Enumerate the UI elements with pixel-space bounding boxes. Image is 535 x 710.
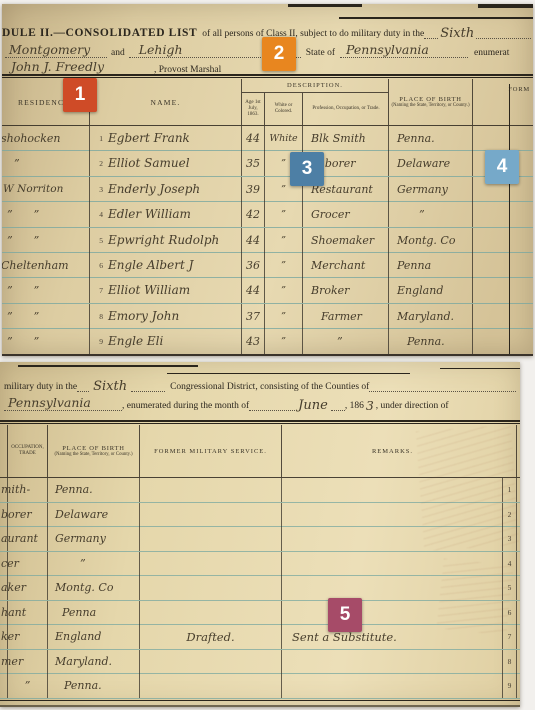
occupation-header: OCCUPATION, TRADE xyxy=(8,425,48,477)
birth-cell: ” xyxy=(389,202,473,227)
state-handwritten: Pennsylvania xyxy=(340,42,429,57)
dotted-leader xyxy=(476,28,531,39)
residence-cell: ” ” xyxy=(2,202,90,227)
military-cell xyxy=(140,503,282,527)
district-handwritten: Sixth xyxy=(93,379,127,394)
state-handwritten: Pennsylvania xyxy=(4,395,91,410)
marshal-handwritten: John J. Freedly xyxy=(5,59,104,74)
occupation-cell: mer xyxy=(8,650,48,674)
color-cell: ” xyxy=(265,253,303,278)
form-cell xyxy=(473,126,533,151)
color-cell: ” xyxy=(265,278,303,303)
table-top-rule xyxy=(0,420,520,422)
color-cell: ” xyxy=(265,202,303,227)
birth-cell: Montg. Co xyxy=(389,228,473,253)
edge-sliver xyxy=(517,625,520,649)
occupation-cell: Farmer xyxy=(303,304,389,329)
color-header: White or Colored. xyxy=(265,93,303,125)
dotted-leader xyxy=(331,400,345,411)
residence-cell: W Norriton xyxy=(2,177,90,202)
military-cell xyxy=(140,576,282,600)
military-cell xyxy=(140,650,282,674)
screenshot-canvas: DULE II.—CONSOLIDATED LIST of all person… xyxy=(0,0,535,710)
table-row: ” Penna. 9 xyxy=(0,674,520,699)
description-header: DESCRIPTION. xyxy=(242,79,388,93)
scan-edge-mark xyxy=(18,365,198,367)
year-label: , 186 xyxy=(345,401,364,411)
table-row: shohocken 1Egbert Frank 44 White Blk Smi… xyxy=(2,126,533,151)
birth-cell: England xyxy=(389,278,473,303)
row-number: 8 xyxy=(503,650,517,674)
schedule-title-rest: of all persons of Class II, subject to d… xyxy=(202,29,424,39)
occupation-fragment: aurant xyxy=(1,532,38,545)
edge-sliver xyxy=(517,601,520,625)
occupation-cell: ” xyxy=(8,674,48,698)
table-top-rule xyxy=(0,423,520,424)
name-cell: 5Epwright Rudolph xyxy=(90,228,242,253)
edge-sliver xyxy=(517,425,520,477)
occupation-fragment: ker xyxy=(1,630,19,643)
occupation-fragment: mith- xyxy=(1,483,30,496)
badge-number: 2 xyxy=(274,43,285,65)
residence-cell: ” ” xyxy=(2,228,90,253)
birth-header-group: PLACE OF BIRTH (Naming the State, Territ… xyxy=(48,425,140,477)
military-cell xyxy=(140,674,282,698)
occupation-cell: aurant xyxy=(8,527,48,551)
birth-cell: Delaware xyxy=(389,151,473,176)
top-table-body: shohocken 1Egbert Frank 44 White Blk Smi… xyxy=(2,126,533,355)
table-bottom-rule xyxy=(0,700,520,701)
dotted-leader xyxy=(369,381,516,392)
table-row: mer Maryland. 8 xyxy=(0,650,520,675)
table-row: W Norriton 3Enderly Joseph 39 ” Restaura… xyxy=(2,177,533,202)
military-service-header: FORMER MILITARY SERVICE. xyxy=(140,425,282,477)
edge-sliver xyxy=(0,425,8,477)
residence-cell: ” ” xyxy=(2,278,90,303)
age-cell: 39 xyxy=(242,177,265,202)
row-number: 3 xyxy=(90,177,103,202)
birth-header: PLACE OF BIRTH xyxy=(62,445,124,452)
military-cell xyxy=(140,552,282,576)
occupation-fragment: cer xyxy=(1,557,19,570)
row-number: 7 xyxy=(90,278,103,303)
ink-bleed-smudge xyxy=(416,425,519,551)
residence-cell: shohocken xyxy=(2,126,90,151)
occupation-cell: Grocer xyxy=(303,202,389,227)
edge-sliver xyxy=(517,576,520,600)
edge-sliver xyxy=(0,674,8,698)
callout-badge-1: 1 xyxy=(63,78,97,112)
form-header: FORM xyxy=(473,79,533,125)
age-cell: 44 xyxy=(242,228,265,253)
row-number: 4 xyxy=(90,202,103,227)
form-column-rule xyxy=(509,84,510,356)
year-digit-handwritten: 3 xyxy=(366,398,374,413)
occupation-cell: cer xyxy=(8,552,48,576)
occupation-cell: ” xyxy=(303,329,389,354)
dotted-leader xyxy=(424,28,438,39)
occupation-cell: borer xyxy=(8,503,48,527)
dotted-leader xyxy=(131,381,165,392)
occupation-cell: mith- xyxy=(8,478,48,502)
birth-cell: Germany xyxy=(389,177,473,202)
district-handwritten: Sixth xyxy=(440,26,474,41)
duty-label: military duty in the xyxy=(4,382,77,392)
state-of-label: State of xyxy=(306,48,335,58)
occupation-cell: aker xyxy=(8,576,48,600)
military-cell xyxy=(140,601,282,625)
edge-sliver xyxy=(517,674,520,698)
schedule-title: DULE II.—CONSOLIDATED LIST xyxy=(2,27,197,39)
direction-label: , under direction of xyxy=(376,401,449,411)
name-value: Edler William xyxy=(108,202,191,227)
occupation-fragment: borer xyxy=(1,508,32,521)
table-row: ” ” 5Epwright Rudolph 44 ” Shoemaker Mon… xyxy=(2,228,533,253)
ink-bleed-smudge xyxy=(437,559,514,636)
county2-handwritten: Lehigh xyxy=(129,42,183,57)
name-value: Emory John xyxy=(108,304,179,329)
residence-cell: ” ” xyxy=(2,304,90,329)
header-rule xyxy=(339,17,533,19)
name-value: Elliot Samuel xyxy=(108,151,190,176)
edge-sliver xyxy=(517,650,520,674)
name-value: Engle Eli xyxy=(108,329,163,354)
form-cell xyxy=(473,253,533,278)
occupation-cell: ker xyxy=(8,625,48,649)
form-cell xyxy=(473,228,533,253)
form-cell xyxy=(473,304,533,329)
birth-cell: Delaware xyxy=(48,503,140,527)
table-row: ” ” 8Emory John 37 ” Farmer Maryland. xyxy=(2,304,533,329)
birth-cell: Penna. xyxy=(389,329,473,354)
residence-cell: Cheltenham xyxy=(2,253,90,278)
age-cell: 36 xyxy=(242,253,265,278)
name-cell: 8Emory John xyxy=(90,304,242,329)
county1-handwritten: Montgomery xyxy=(5,42,90,57)
callout-badge-2: 2 xyxy=(262,37,296,71)
name-cell: 4Edler William xyxy=(90,202,242,227)
age-header: Age 1st July, 1863. xyxy=(242,93,265,125)
birth-cell: Maryland. xyxy=(389,304,473,329)
age-cell: 43 xyxy=(242,329,265,354)
table-row: ” 2Elliot Samuel 35 ” Laborer Delaware xyxy=(2,151,533,176)
header-double-rule xyxy=(2,74,533,76)
birth-cell: Penna xyxy=(389,253,473,278)
age-cell: 44 xyxy=(242,278,265,303)
row-number: 9 xyxy=(503,674,517,698)
form-cell xyxy=(473,329,533,354)
dotted-leader xyxy=(249,400,295,411)
color-cell: ” xyxy=(265,228,303,253)
birth-cell: Germany xyxy=(48,527,140,551)
badge-number: 1 xyxy=(75,84,86,106)
name-value: Egbert Frank xyxy=(108,126,190,151)
birth-cell: Maryland. xyxy=(48,650,140,674)
edge-sliver xyxy=(517,552,520,576)
row-number: 2 xyxy=(90,151,103,176)
occupation-fragment: aker xyxy=(1,581,26,594)
and-label: and xyxy=(111,48,125,58)
name-cell: 6Engle Albert J xyxy=(90,253,242,278)
row-number: 6 xyxy=(90,253,103,278)
birth-header: PLACE OF BIRTH xyxy=(399,96,461,103)
enumeration-line: Pennsylvania , enumerated during the mon… xyxy=(4,395,516,411)
color-cell: ” xyxy=(265,304,303,329)
remarks-cell xyxy=(282,674,503,698)
birth-cell: England xyxy=(48,625,140,649)
table-row: Cheltenham 6Engle Albert J 36 ” Merchant… xyxy=(2,253,533,278)
name-header: NAME. xyxy=(90,79,242,125)
occupation-header: Profession, Occupation, or Trade. xyxy=(303,93,389,125)
name-value: Enderly Joseph xyxy=(108,177,200,202)
color-cell: White xyxy=(265,126,303,151)
scan-edge-mark xyxy=(167,373,410,374)
scan-edge-mark xyxy=(478,4,533,8)
table-row: ” ” 4Edler William 42 ” Grocer ” xyxy=(2,202,533,227)
color-cell: ” xyxy=(265,329,303,354)
birth-cell: Montg. Co xyxy=(48,576,140,600)
age-cell: 42 xyxy=(242,202,265,227)
birth-subheader: (Naming the State, Territory, or County.… xyxy=(391,103,469,109)
birth-cell: Penna xyxy=(48,601,140,625)
table-row: ” ” 9Engle Eli 43 ” ” Penna. xyxy=(2,329,533,354)
birth-cell: Penna. xyxy=(389,126,473,151)
occupation-cell: Blk Smith xyxy=(303,126,389,151)
callout-badge-3: 3 xyxy=(290,152,324,186)
occupation-cell: Merchant xyxy=(303,253,389,278)
military-cell xyxy=(140,527,282,551)
row-number: 1 xyxy=(90,126,103,151)
name-cell: 1Egbert Frank xyxy=(90,126,242,151)
residence-cell: ” ” xyxy=(2,329,90,354)
table-row: ker England Drafted. Sent a Substitute. … xyxy=(0,625,520,650)
form-cell xyxy=(473,278,533,303)
scan-edge-mark xyxy=(288,4,362,7)
callout-badge-5: 5 xyxy=(328,598,362,632)
scan-edge-mark xyxy=(440,368,520,369)
name-value: Epwright Rudolph xyxy=(108,228,219,253)
birth-subheader: (Naming the State, Territory, or County.… xyxy=(54,452,132,458)
occupation-fragment: mer xyxy=(1,655,23,668)
callout-badge-4: 4 xyxy=(485,150,519,184)
name-cell: 9Engle Eli xyxy=(90,329,242,354)
enumerated-label: enumerat xyxy=(474,48,509,58)
table-row: ” ” 7Elliot William 44 ” Broker England xyxy=(2,278,533,303)
name-cell: 3Enderly Joseph xyxy=(90,177,242,202)
remarks-cell xyxy=(282,650,503,674)
occupation-cell: Shoemaker xyxy=(303,228,389,253)
residence-cell: ” xyxy=(2,151,90,176)
age-cell: 37 xyxy=(242,304,265,329)
paper-edge-rule xyxy=(0,705,520,707)
congressional-label: Congressional District, consisting of th… xyxy=(170,382,369,392)
birth-cell: Penna. xyxy=(48,478,140,502)
enumerated-month-label: , enumerated during the month of xyxy=(122,401,249,411)
birth-cell: Penna. xyxy=(48,674,140,698)
name-value: Elliot William xyxy=(108,278,190,303)
occupation-cell: Broker xyxy=(303,278,389,303)
badge-number: 5 xyxy=(340,604,351,626)
age-cell: 44 xyxy=(242,126,265,151)
badge-number: 3 xyxy=(302,158,313,180)
occupation-fragment: ” xyxy=(25,679,31,692)
age-cell: 35 xyxy=(242,151,265,176)
row-number: 9 xyxy=(90,329,103,354)
occupation-cell: hant xyxy=(8,601,48,625)
district-line: military duty in the Sixth Congressional… xyxy=(4,379,516,392)
form-cell xyxy=(473,202,533,227)
dotted-leader xyxy=(77,381,89,392)
name-cell: 2Elliot Samuel xyxy=(90,151,242,176)
badge-number: 4 xyxy=(497,156,508,178)
birth-cell: ” xyxy=(48,552,140,576)
name-value: Engle Albert J xyxy=(108,253,193,278)
edge-sliver xyxy=(517,478,520,502)
birth-header-group: PLACE OF BIRTH (Naming the State, Territ… xyxy=(389,79,473,125)
description-header-group: DESCRIPTION. Age 1st July, 1863. White o… xyxy=(242,79,389,125)
military-cell: Drafted. xyxy=(140,625,282,649)
military-cell xyxy=(140,478,282,502)
month-handwritten: June xyxy=(298,398,328,413)
row-number: 5 xyxy=(90,228,103,253)
bottom-document-scan: military duty in the Sixth Congressional… xyxy=(0,362,520,707)
row-number: 8 xyxy=(90,304,103,329)
occupation-fragment: hant xyxy=(1,606,26,619)
name-cell: 7Elliot William xyxy=(90,278,242,303)
